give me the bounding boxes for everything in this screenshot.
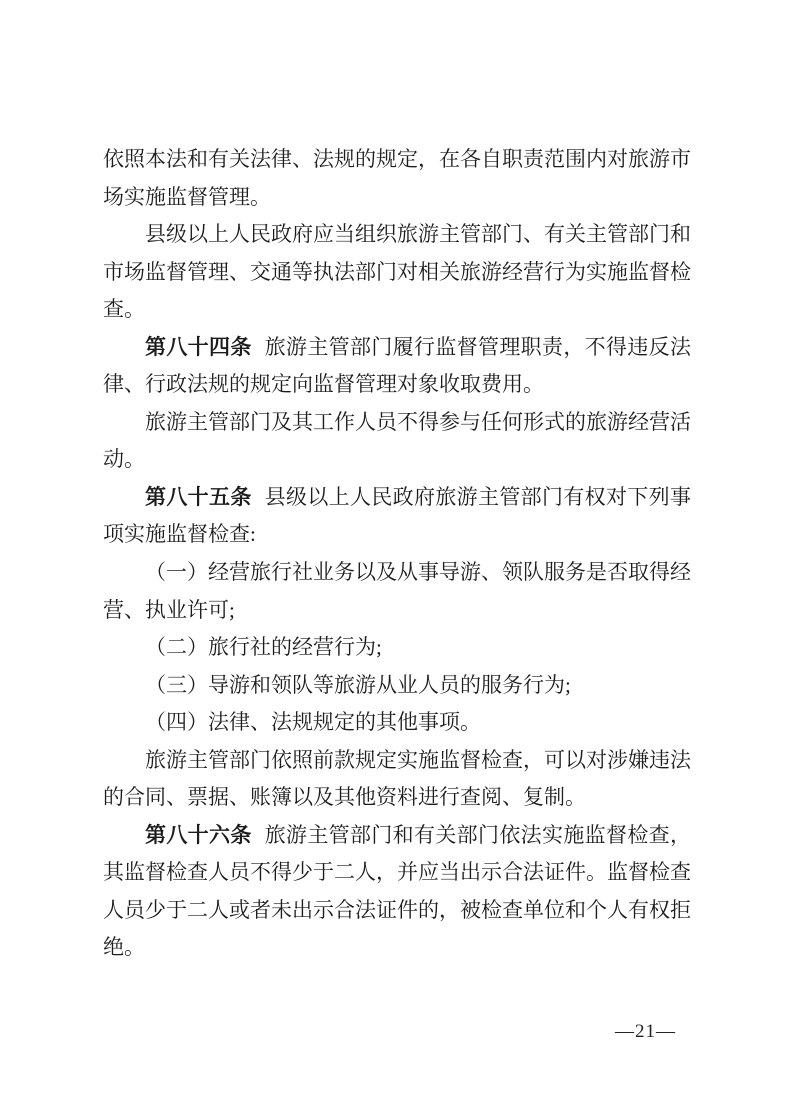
paragraph: （二）旅行社的经营行为; <box>103 629 691 667</box>
paragraph: （一）经营旅行社业务以及从事导游、领队服务是否取得经营、执业许可; <box>103 554 691 629</box>
paragraph: 第八十四条旅游主管部门履行监督管理职责，不得违反法律、行政法规的规定向监督管理对… <box>103 329 691 404</box>
article-number: 第八十五条 <box>145 486 252 509</box>
article-number: 第八十六条 <box>145 824 252 847</box>
paragraph: （四）法律、法规规定的其他事项。 <box>103 704 691 742</box>
document-page: 依照本法和有关法律、法规的规定，在各自职责范围内对旅游市场实施监督管理。县级以上… <box>0 0 790 1119</box>
paragraph: 依照本法和有关法律、法规的规定，在各自职责范围内对旅游市场实施监督管理。 <box>103 141 691 216</box>
paragraph: （三）导游和领队等旅游从业人员的服务行为; <box>103 667 691 705</box>
article-number: 第八十四条 <box>145 336 252 359</box>
page-number: —21— <box>615 1021 676 1043</box>
paragraph: 旅游主管部门及其工作人员不得参与任何形式的旅游经营活动。 <box>103 404 691 479</box>
paragraph: 第八十五条县级以上人民政府旅游主管部门有权对下列事项实施监督检查: <box>103 479 691 554</box>
paragraph: 第八十六条旅游主管部门和有关部门依法实施监督检查，其监督检查人员不得少于二人，并… <box>103 817 691 967</box>
paragraph: 旅游主管部门依照前款规定实施监督检查，可以对涉嫌违法的合同、票据、账簿以及其他资… <box>103 742 691 817</box>
paragraph: 县级以上人民政府应当组织旅游主管部门、有关主管部门和市场监督管理、交通等执法部门… <box>103 216 691 329</box>
document-body: 依照本法和有关法律、法规的规定，在各自职责范围内对旅游市场实施监督管理。县级以上… <box>103 141 691 967</box>
